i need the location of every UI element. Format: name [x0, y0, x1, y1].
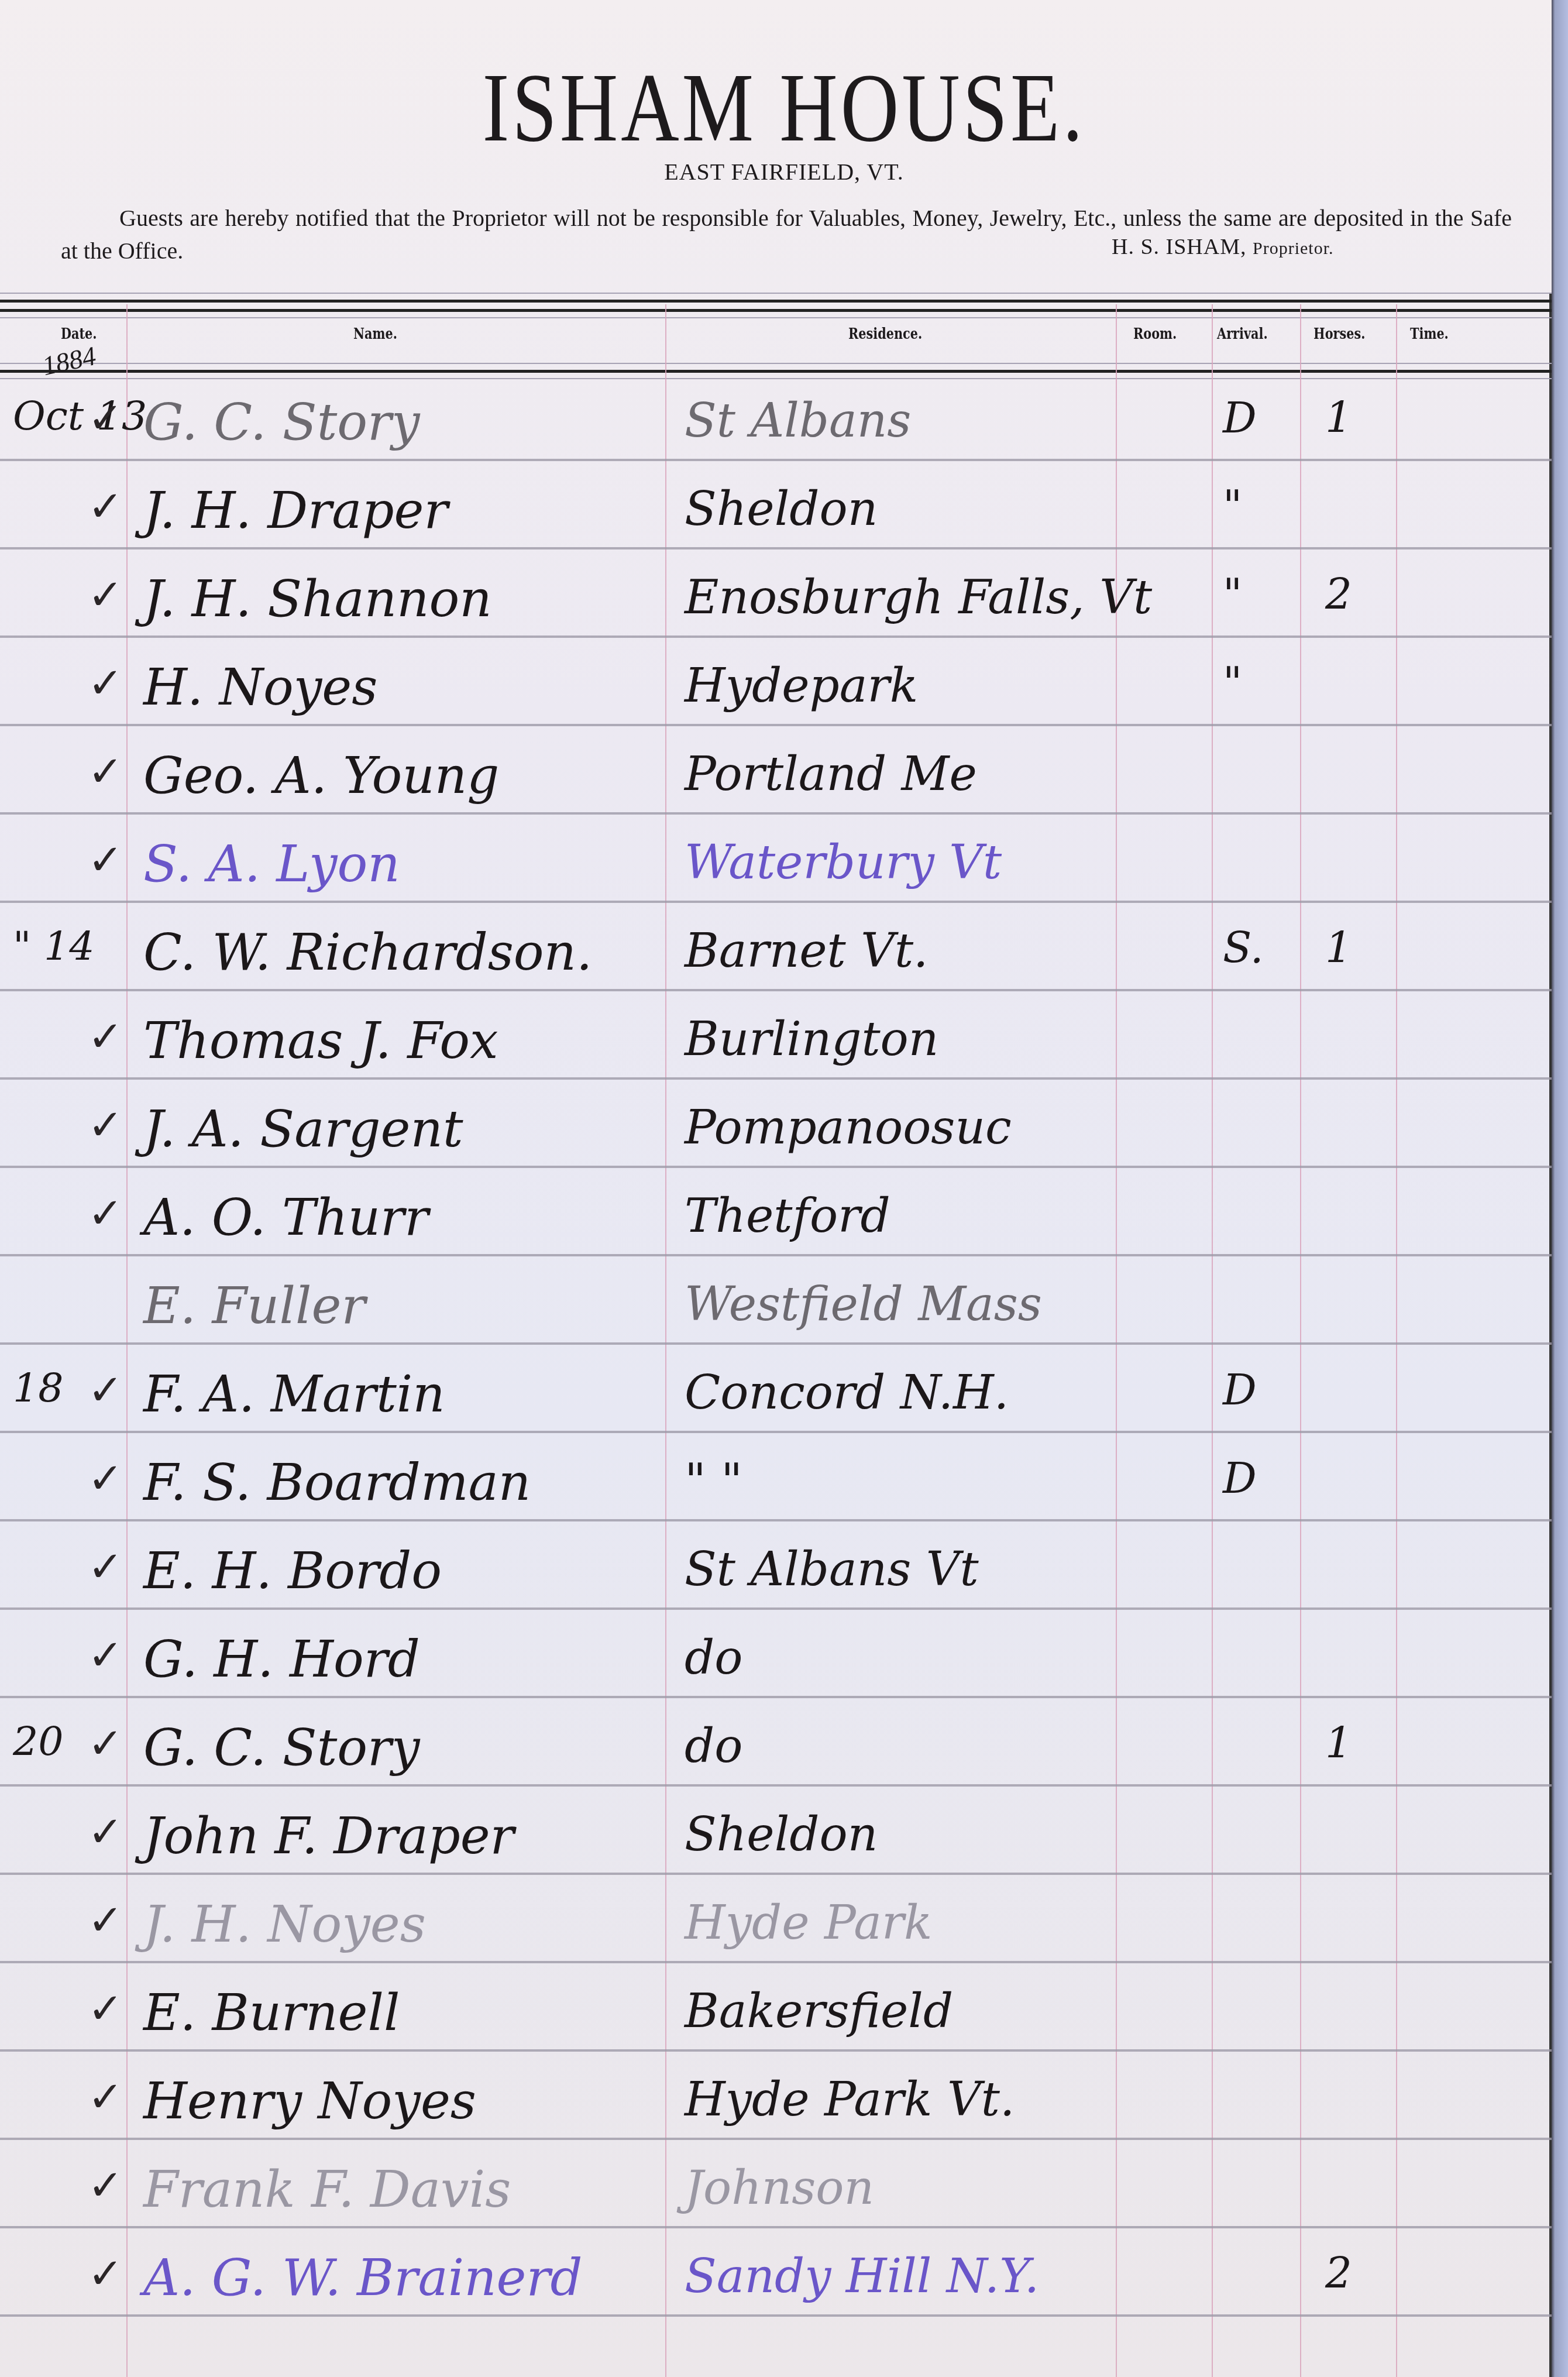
proprietor-name: H. S. ISHAM,: [1112, 235, 1247, 259]
entry-check-mark-icon: ✓: [88, 1895, 123, 1945]
entry-residence: Hyde Park: [685, 1895, 933, 1950]
row-rule: [0, 1254, 1552, 1256]
row-rule: [0, 901, 1552, 903]
entry-horses: 1: [1325, 923, 1352, 973]
entry-date: 18: [13, 1365, 64, 1411]
hotel-title: ISHAM HOUSE.: [141, 51, 1427, 164]
proprietor-title: Proprietor.: [1253, 239, 1334, 258]
entry-residence: Burlington: [685, 1012, 938, 1066]
page-edge: [1552, 0, 1568, 2377]
entry-check-mark-icon: ✓: [88, 1365, 123, 1414]
row-rule: [0, 2049, 1552, 2052]
entry-check-mark-icon: ✓: [88, 1454, 123, 1503]
row-rule: [0, 1961, 1552, 1963]
entry-residence: Enosburgh Falls, Vt: [685, 570, 1152, 624]
column-rule-date: [126, 304, 128, 2377]
entry-date: " 14: [13, 923, 94, 970]
entry-arrival: ": [1223, 482, 1242, 531]
column-header-horses: Horses.: [1313, 325, 1365, 343]
entry-check-mark-icon: ✓: [88, 482, 123, 531]
entry-date: 20: [13, 1719, 64, 1765]
entry-residence: Sandy Hill N.Y.: [685, 2249, 1039, 2303]
entry-check-mark-icon: ✓: [88, 1012, 123, 1061]
column-header-arrival: Arrival.: [1217, 325, 1268, 343]
row-rule: [0, 1607, 1552, 1610]
entry-arrival: D: [1223, 1454, 1257, 1503]
entry-residence: Portland Me: [685, 747, 977, 801]
entry-name: C. W. Richardson.: [143, 923, 592, 982]
entry-check-mark-icon: ✓: [88, 1719, 123, 1768]
entry-name: J. A. Sargent: [143, 1100, 463, 1159]
column-header-room: Room.: [1133, 325, 1177, 343]
proprietor-signature: H. S. ISHAM, Proprietor.: [1112, 234, 1334, 260]
entry-name: J. H. Shannon: [143, 570, 492, 628]
entry-name: F. A. Martin: [143, 1365, 445, 1424]
row-rule: [0, 724, 1552, 726]
entry-name: John F. Draper: [143, 1807, 514, 1866]
entry-date: Oct 13: [13, 393, 147, 439]
entry-name: G. C. Story: [143, 393, 420, 452]
entry-horses: 2: [1325, 570, 1352, 619]
entry-name: S. A. Lyon: [143, 835, 400, 894]
entry-check-mark-icon: ✓: [88, 1630, 123, 1679]
entry-name: A. G. W. Brainerd: [143, 2249, 583, 2307]
entry-residence: " ": [685, 1454, 742, 1508]
entry-arrival: ": [1223, 658, 1242, 707]
entry-name: F. S. Boardman: [143, 1454, 531, 1512]
entry-name: G. C. Story: [143, 1719, 420, 1777]
entry-check-mark-icon: ✓: [88, 1807, 123, 1856]
entry-name: E. Burnell: [143, 1984, 400, 2042]
entry-residence: Barnet Vt.: [685, 923, 929, 978]
entry-name: Frank F. Davis: [143, 2160, 511, 2219]
row-rule: [0, 2226, 1552, 2228]
entry-residence: do: [685, 1630, 742, 1685]
entry-check-mark-icon: ✓: [88, 570, 123, 619]
row-rule: [0, 459, 1552, 461]
row-rule: [0, 1342, 1552, 1345]
header-rule-grey-bottom: [0, 317, 1552, 318]
column-header-name: Name.: [353, 325, 397, 343]
column-rule-name: [665, 304, 666, 2377]
entry-name: H. Noyes: [143, 658, 377, 717]
row-rule: [0, 1784, 1552, 1787]
row-rule: [0, 2138, 1552, 2140]
entry-check-mark-icon: ✓: [88, 835, 123, 884]
header-rule-double-2: [0, 309, 1552, 312]
column-rule-arrival: [1300, 304, 1301, 2377]
column-header-time: Time.: [1410, 325, 1449, 343]
row-rule: [0, 1873, 1552, 1875]
entry-residence: Waterbury Vt: [685, 835, 1002, 889]
column-rule-horses: [1396, 304, 1397, 2377]
entry-check-mark-icon: ✓: [88, 747, 123, 796]
entry-residence: Johnson: [685, 2160, 874, 2215]
hotel-location: EAST FAIRFIELD, VT.: [0, 158, 1568, 186]
entry-check-mark-icon: ✓: [88, 2072, 123, 2121]
entry-name: A. O. Thurr: [143, 1188, 428, 1247]
entry-check-mark-icon: ✓: [88, 2249, 123, 2298]
row-rule: [0, 1166, 1552, 1168]
entry-name: G. H. Hord: [143, 1630, 420, 1689]
entry-check-mark-icon: ✓: [88, 658, 123, 707]
column-head-rule-grey-2: [0, 378, 1552, 379]
column-head-rule-grey: [0, 363, 1552, 364]
entry-residence: do: [685, 1719, 742, 1773]
entry-horses: 1: [1325, 1719, 1352, 1768]
entry-residence: St Albans Vt: [685, 1542, 979, 1596]
entry-residence: Bakersfield: [685, 1984, 953, 2038]
entry-check-mark-icon: ✓: [88, 1100, 123, 1149]
entry-residence: Thetford: [685, 1188, 890, 1243]
entry-check-mark-icon: ✓: [88, 393, 123, 442]
entry-residence: Concord N.H.: [685, 1365, 1009, 1420]
entry-horses: 1: [1325, 393, 1352, 442]
row-rule: [0, 1519, 1552, 1521]
column-header-residence: Residence.: [848, 325, 922, 343]
header-rule-grey-top: [0, 293, 1552, 294]
entry-name: J. H. Draper: [143, 482, 448, 540]
entry-arrival: S.: [1223, 923, 1264, 973]
entry-residence: Pompanoosuc: [685, 1100, 1012, 1155]
entry-name: J. H. Noyes: [143, 1895, 426, 1954]
entry-arrival: D: [1223, 1365, 1257, 1414]
entry-horses: 2: [1325, 2249, 1352, 2298]
row-rule: [0, 1431, 1552, 1433]
entry-name: E. Fuller: [143, 1277, 366, 1335]
row-rule: [0, 1077, 1552, 1080]
entry-residence: Sheldon: [685, 482, 878, 536]
row-rule: [0, 989, 1552, 991]
header-rule-double-1: [0, 300, 1552, 303]
entry-arrival: D: [1223, 393, 1257, 442]
entry-check-mark-icon: ✓: [88, 1542, 123, 1591]
row-rule: [0, 812, 1552, 815]
row-rule: [0, 1696, 1552, 1698]
page-border-rule: [1549, 293, 1552, 2377]
entry-name: Geo. A. Young: [143, 747, 499, 805]
entry-check-mark-icon: ✓: [88, 2160, 123, 2210]
year-note: 1884: [39, 340, 98, 382]
row-rule: [0, 2314, 1552, 2317]
entry-name: Henry Noyes: [143, 2072, 476, 2131]
entry-check-mark-icon: ✓: [88, 1984, 123, 2033]
entry-name: E. H. Bordo: [143, 1542, 442, 1600]
entry-residence: Hydepark: [685, 658, 918, 713]
entry-residence: Hyde Park Vt.: [685, 2072, 1015, 2127]
row-rule: [0, 547, 1552, 549]
entry-arrival: ": [1223, 570, 1242, 619]
entry-residence: Sheldon: [685, 1807, 878, 1861]
column-rule-room: [1212, 304, 1213, 2377]
entry-name: Thomas J. Fox: [143, 1012, 498, 1070]
entry-residence: St Albans: [685, 393, 911, 448]
entry-check-mark-icon: ✓: [88, 1188, 123, 1238]
row-rule: [0, 636, 1552, 638]
column-head-rule: [0, 370, 1552, 373]
entry-residence: Westfield Mass: [685, 1277, 1042, 1331]
